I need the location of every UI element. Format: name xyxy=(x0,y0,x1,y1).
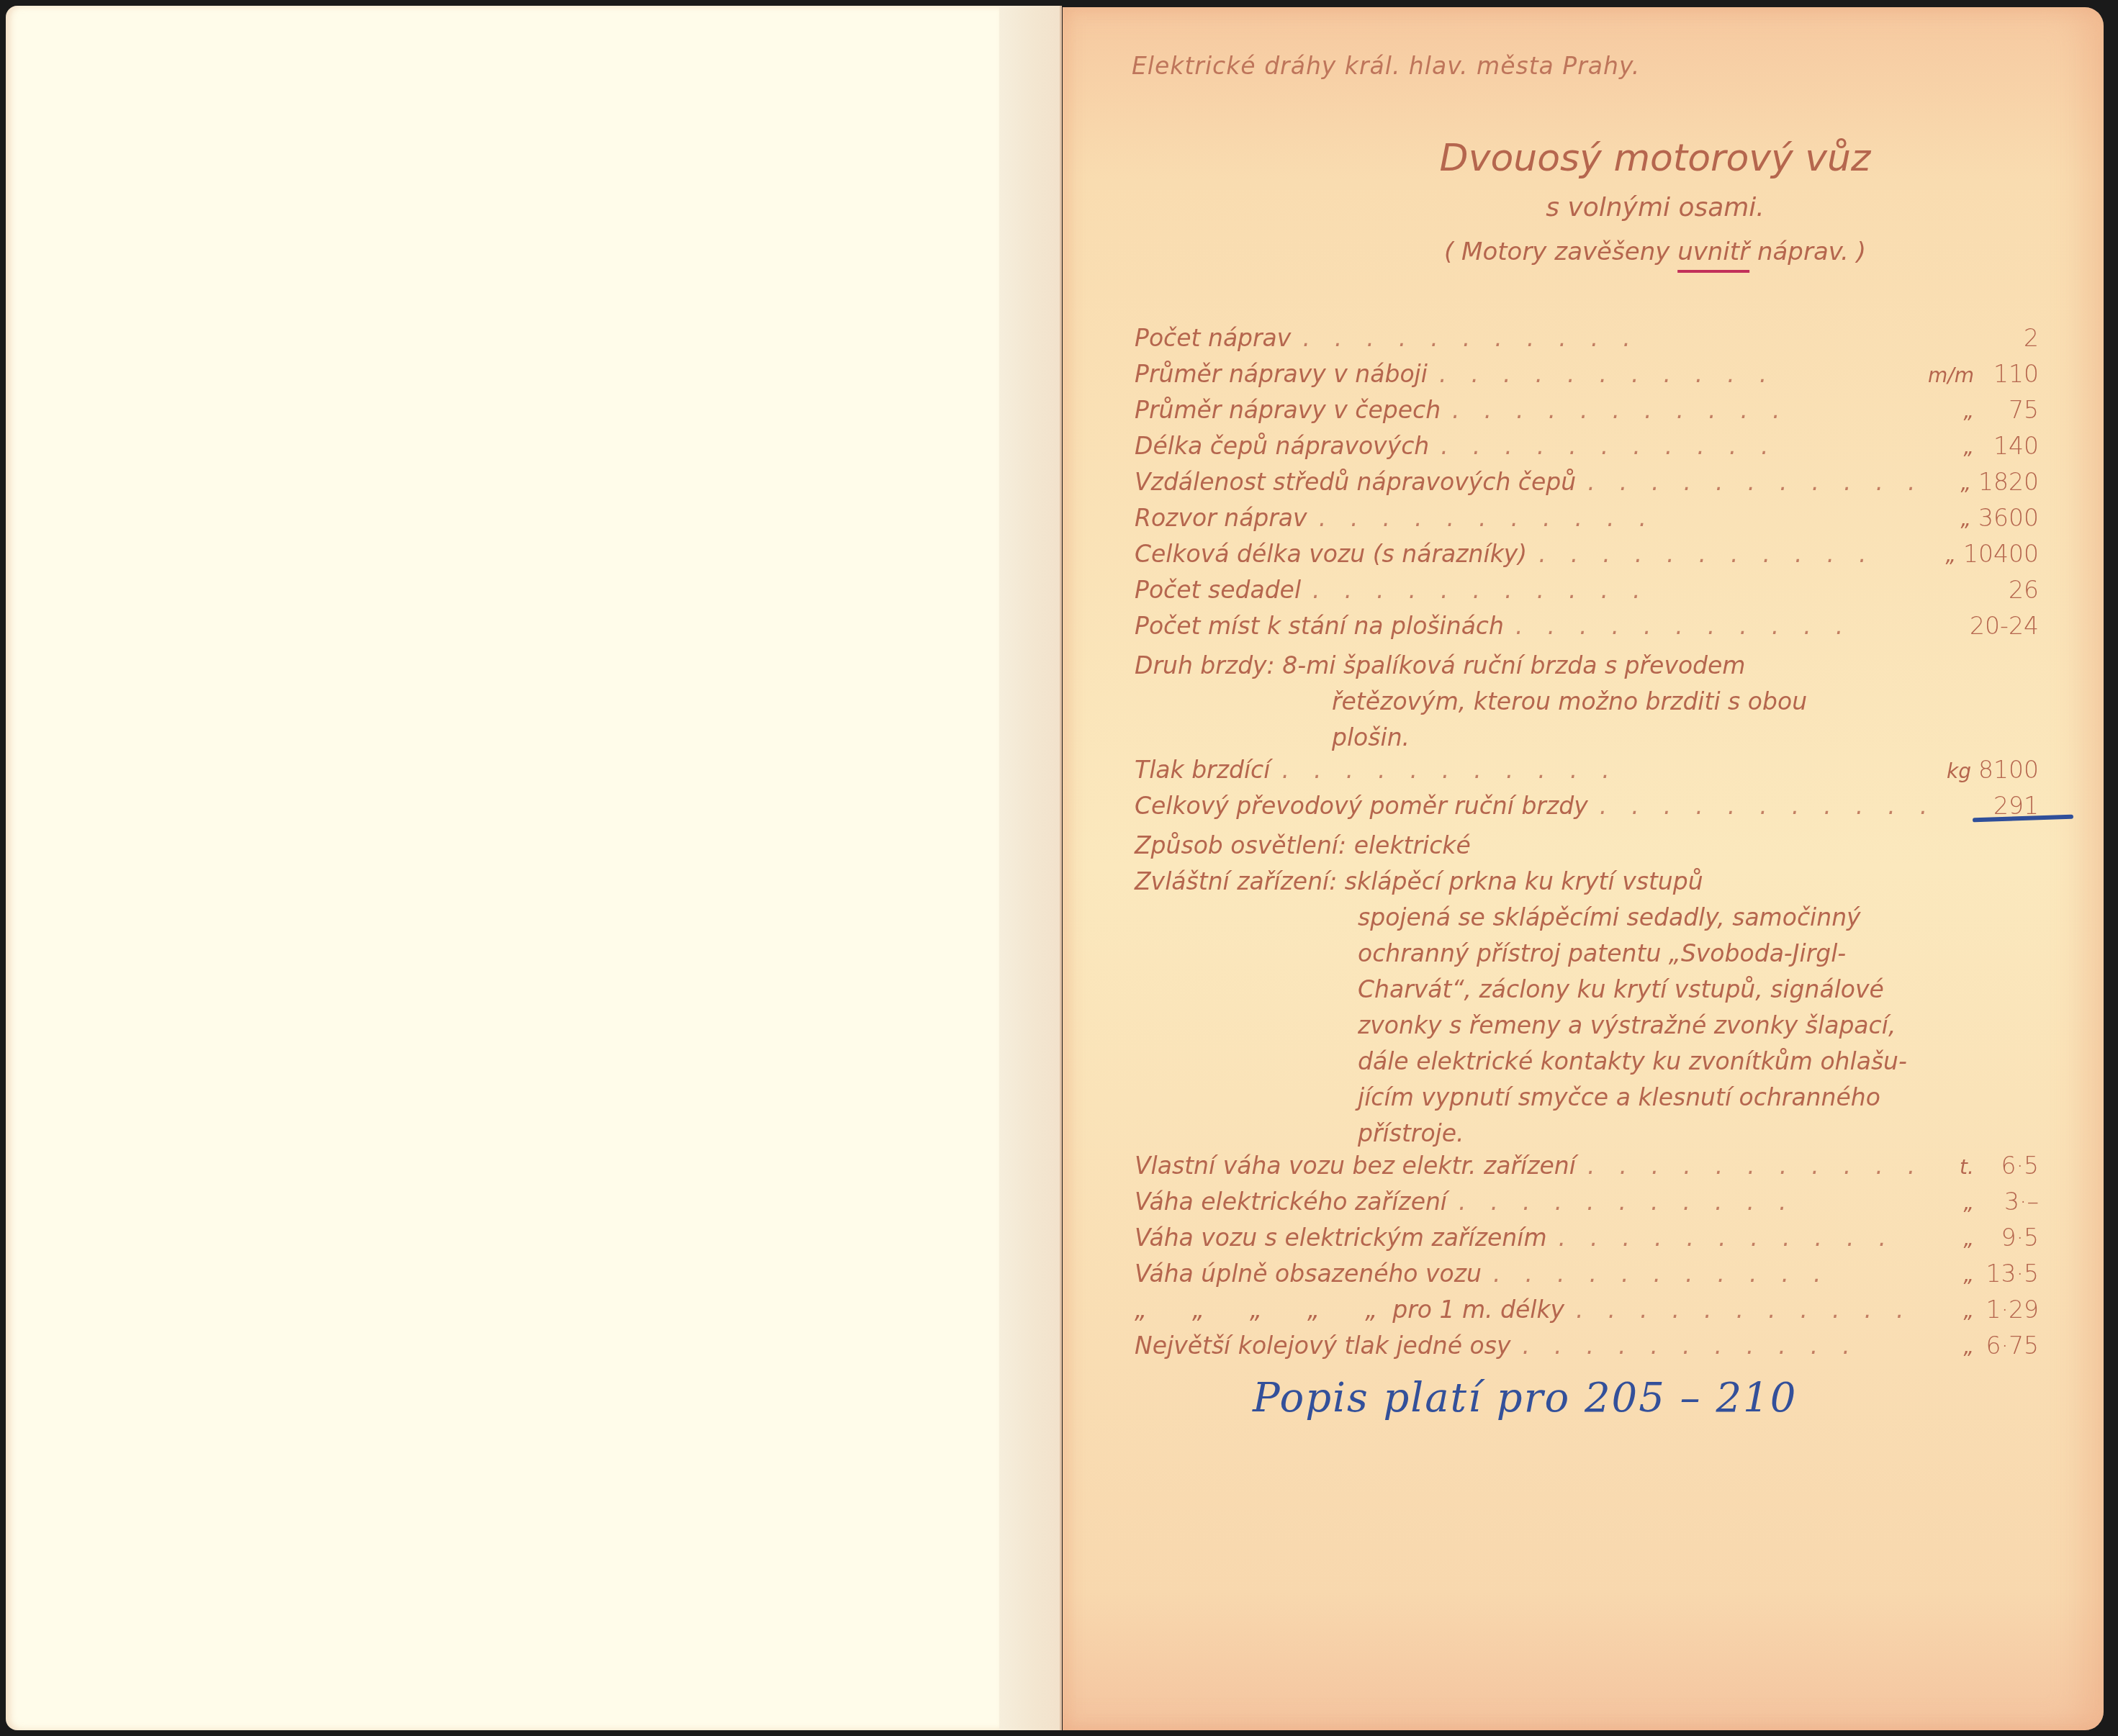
weight-row: Váha úplně obsazeného vozu...........„13… xyxy=(1135,1260,2039,1296)
brake-type: Druh brzdy: 8-mi špalíková ruční brzda s… xyxy=(1135,648,2039,756)
spec-row: Průměr nápravy v čepech...........„75 xyxy=(1135,396,2039,432)
special-equipment: Zvláštní zařízení: sklápěcí prkna ku kry… xyxy=(1135,864,2039,1152)
lighting: Způsob osvětlení: elektrické xyxy=(1135,828,2039,864)
weight-row: Váha elektrického zařízení...........„3·… xyxy=(1135,1188,2039,1224)
spec-row: Délka čepů nápravových...........„140 xyxy=(1135,432,2039,468)
page-title: Dvouosý motorový vůz xyxy=(1063,137,2104,180)
spec-row: Tlak brzdící...........kg8100 xyxy=(1135,756,2039,792)
weight-row: Vlastní váha vozu bez elektr. zařízení..… xyxy=(1135,1152,2039,1188)
motor-note-open: ( Motory zavěšeny xyxy=(1444,238,1677,266)
spec-row: Průměr nápravy v náboji...........m/m110 xyxy=(1135,360,2039,396)
spec-row: Počet sedadel...........26 xyxy=(1135,576,2039,612)
spec-row: Celková délka vozu (s nárazníky)........… xyxy=(1135,540,2039,576)
weight-row: „ „ „ „ „ pro 1 m. délky...........„1·29 xyxy=(1135,1296,2039,1332)
right-page: Elektrické dráhy král. hlav. města Prahy… xyxy=(1063,7,2104,1730)
motor-note-underlined: uvnitř xyxy=(1677,238,1749,266)
spec-row: Vzdálenost středů nápravových čepů......… xyxy=(1135,468,2039,504)
motor-note-close: náprav. ) xyxy=(1749,238,1866,266)
spec-list: Počet náprav...........2 Průměr nápravy … xyxy=(1135,324,2039,1367)
page-subtitle: s volnými osami. xyxy=(1063,193,2104,222)
spec-row: Celkový převodový poměr ruční brzdy.....… xyxy=(1135,792,2039,828)
pencil-note: Popis platí pro 205 – 210 xyxy=(1253,1375,1797,1421)
spec-row: Počet míst k stání na plošinách.........… xyxy=(1135,612,2039,648)
left-blank-page xyxy=(6,6,999,1730)
spec-row: Počet náprav...........2 xyxy=(1135,324,2039,360)
page-header: Elektrické dráhy král. hlav. města Prahy… xyxy=(1132,52,1640,80)
book-spine xyxy=(999,6,1062,1730)
weight-row: Váha vozu s elektrickým zařízením.......… xyxy=(1135,1224,2039,1260)
spec-row: Rozvor náprav...........„3600 xyxy=(1135,504,2039,540)
weight-row: Největší kolejový tlak jedné osy........… xyxy=(1135,1332,2039,1367)
motor-note: ( Motory zavěšeny uvnitř náprav. ) xyxy=(1063,238,2104,266)
